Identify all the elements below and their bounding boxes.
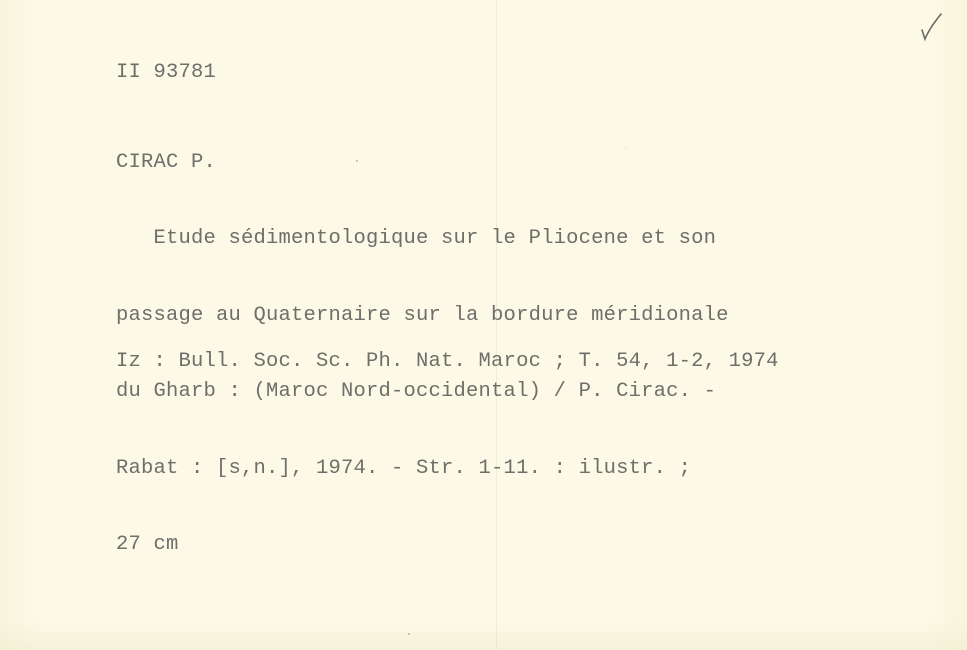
description-line: 27 cm [116,532,729,558]
description-line: Etude sédimentologique sur le Pliocene e… [116,226,729,252]
checkmark-icon [912,12,946,44]
call-number: II 93781 [116,60,216,86]
paper-speck [356,160,358,162]
source-note: Iz : Bull. Soc. Sc. Ph. Nat. Maroc ; T. … [116,349,779,375]
description-line: passage au Quaternaire sur la bordure mé… [116,303,729,329]
paper-speck [625,148,626,149]
author-heading: CIRAC P. [116,150,216,176]
description-line: du Gharb : (Maroc Nord-occidental) / P. … [116,379,729,405]
catalog-card: II 93781 CIRAC P. Etude sédimentologique… [0,0,967,650]
description-line: Rabat : [s,n.], 1974. - Str. 1-11. : ilu… [116,456,729,482]
paper-speck [408,633,410,635]
bibliographic-description: Etude sédimentologique sur le Pliocene e… [116,175,729,609]
